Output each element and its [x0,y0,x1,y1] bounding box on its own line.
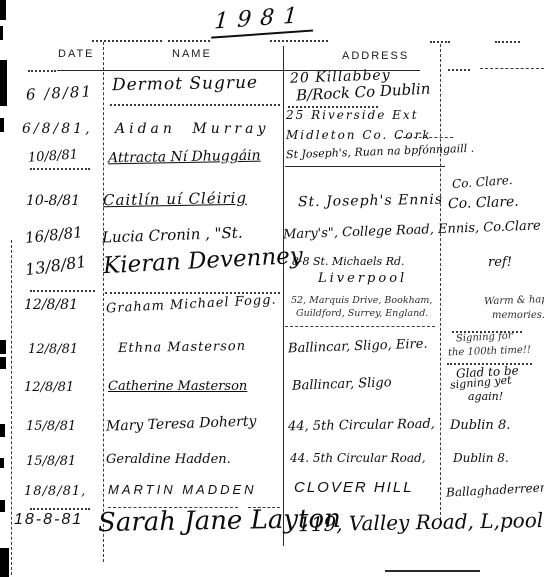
entry-name: Kieran Devenney [103,245,304,278]
entry-note: Signing for [456,332,513,345]
header-rule [448,69,470,71]
name-address-divider [283,46,284,546]
row-rule [30,508,90,510]
entry-address: St Joseph's, Ruan na bpfónngaill . [286,143,474,161]
entry-address: Guildford, Surrey, England. [296,309,428,319]
entry-date: 18-8-81 [14,512,83,528]
entry-date: 13/8/81 [24,254,87,278]
entry-name: Lucia Cronin , "St. [102,226,243,246]
scan-artifact [0,458,4,468]
scan-artifact [0,548,9,577]
entry-name: Aidan Murray [115,122,269,136]
entry-date: 10-8/81 [26,194,80,208]
entry-date: 6/8/81, [22,122,93,136]
column-header-date: DATE [58,48,95,60]
scan-artifact [0,424,5,437]
entry-date: 12/8/81 [24,381,74,394]
entry-address: St. Joseph's Ennis [298,193,443,210]
entry-address: 25 Riverside Ext [286,109,419,121]
register-page: 1981 DATE NAME ADDRESS 6 /8/81 Dermot Su… [0,0,544,577]
entry-note: memories. [492,311,544,321]
scan-artifact [0,340,6,354]
entry-note: the 100th time!! [448,346,531,359]
entry-name: Dermot Sugrue [112,75,258,95]
row-rule [285,326,435,327]
header-rule [28,70,56,72]
bottom-rule [385,570,480,572]
entry-note: Ballaghaderreen [446,481,544,498]
entry-address: Ballincar, Sligo, Eire. [288,338,428,356]
entry-name: MARTIN MADDEN [108,483,257,496]
row-rule [30,168,90,170]
entry-name: Geraldine Hadden. [106,453,231,466]
entry-note: Co. Clare. [452,174,513,190]
scan-artifact [0,26,3,40]
date-name-divider [103,42,104,562]
row-rule [30,290,95,292]
entry-address: Mary's", College Road, Ennis, Co.Clare [283,220,541,242]
entry-date: 12/8/81 [28,343,78,356]
year-title: 1981 [211,4,315,38]
header-rule [480,68,544,69]
entry-date: 15/8/81 [26,420,76,433]
entry-name: Graham Michael Fogg. [106,294,277,316]
entry-note: ref! [488,256,512,269]
entry-address: B/Rock Co Dublin [296,81,431,103]
left-margin-line [11,240,12,575]
entry-address: 52, Marquis Drive, Bookham, [291,296,432,306]
scan-artifact [0,0,6,20]
entry-date: 6 /8/81 [26,84,94,102]
entry-date: 12/8/81 [24,298,78,312]
scan-artifact [0,118,4,132]
entry-address: Ballincar, Sligo [292,376,392,392]
entry-name: Catherine Masterson [108,380,247,393]
entry-address: Midleton Co. Cork [286,129,432,141]
entry-note: Co. Clare. [448,195,519,211]
scan-artifact [0,500,5,512]
entry-name: Caitlín uí Cléirig [103,191,247,209]
title-baseline [92,40,162,42]
title-baseline [430,41,450,43]
entry-note: again! [468,391,503,402]
entry-note: Warm & happy [484,295,544,308]
entry-address: 44. 5th Circular Road, [290,452,426,464]
column-header-name: NAME [172,48,212,60]
entry-name: Attracta Ní Dhuggáin [108,149,261,166]
title-baseline [270,40,328,42]
entry-date: 10/8/81 [28,148,79,164]
scan-artifact [0,60,7,106]
entry-name: Ethna Masterson [118,340,246,355]
entry-note: Dublin 8. [453,452,509,464]
title-baseline [168,40,210,42]
row-rule [285,166,445,167]
entry-address: Liverpool [318,272,407,285]
entry-date: 16/8/81 [24,225,83,246]
title-baseline [495,41,520,43]
entry-date: 15/8/81 [26,455,76,468]
row-rule [110,104,280,106]
entry-address: 119, Valley Road, L,pool 4 [298,510,544,535]
entry-name: Mary Teresa Doherty [106,414,257,433]
address-right-divider [440,44,441,520]
column-header-address: ADDRESS [342,50,409,62]
entry-address: 44, 5th Circular Road, [288,418,435,434]
entry-note: Dublin 8. [450,419,510,432]
entry-date: 18/8/81, [24,485,86,498]
entry-address: CLOVER HILL [294,480,414,495]
scan-artifact [0,357,6,369]
entry-address: 8·8 St. Michaels Rd. [292,256,405,267]
